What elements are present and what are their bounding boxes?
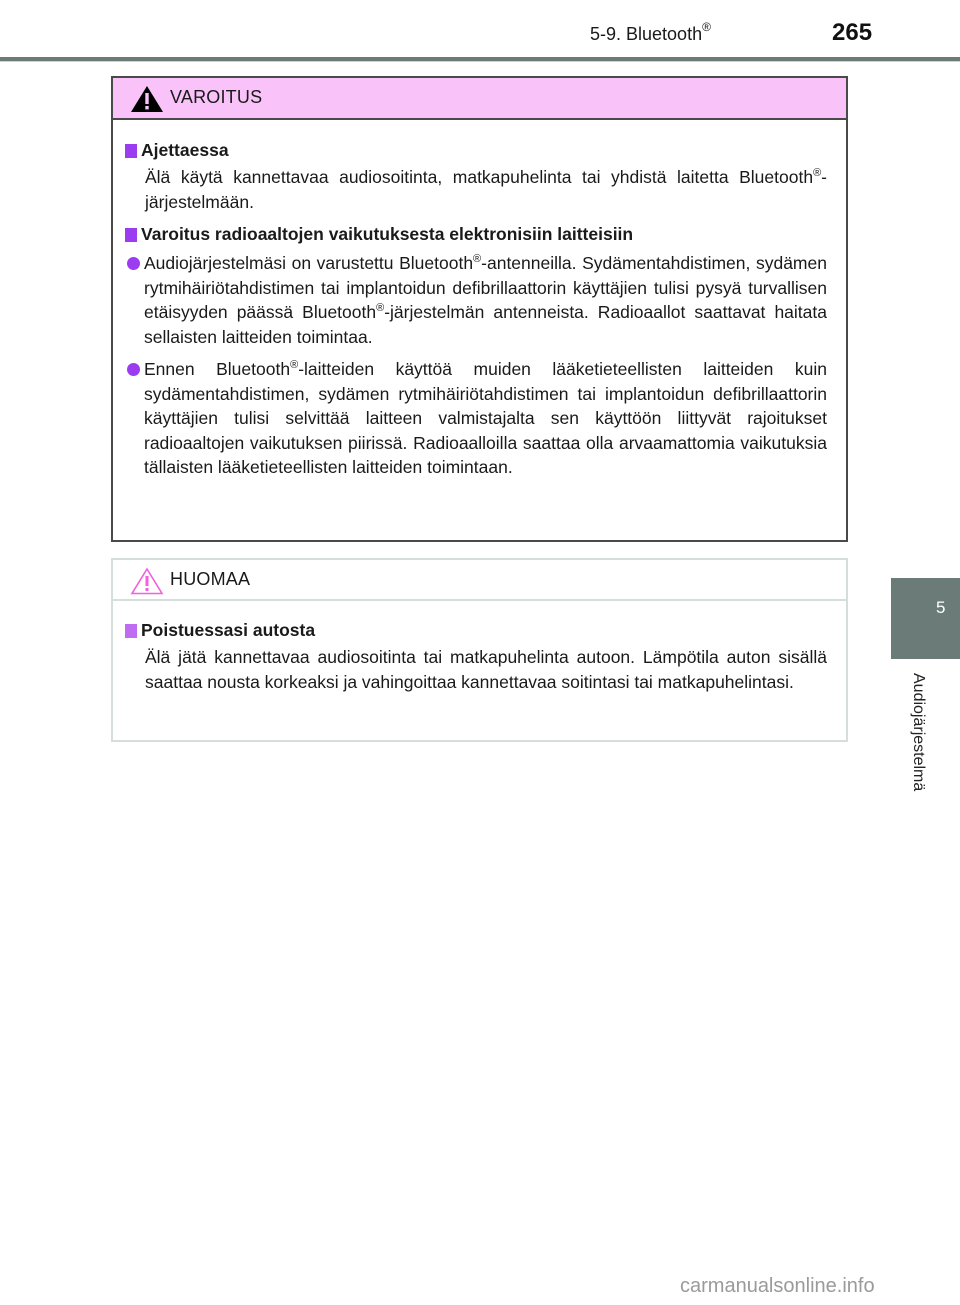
warning-title: VAROITUS bbox=[170, 87, 262, 108]
notice-title: HUOMAA bbox=[170, 569, 250, 590]
warning-subhead-driving: Ajettaessa bbox=[125, 138, 827, 163]
warning-filled-triangle-icon bbox=[130, 85, 164, 113]
bullet-text: Ennen Bluetooth®-laitteiden käyttöä muid… bbox=[144, 357, 827, 480]
bullet-text: Audiojärjestelmäsi on varustettu Bluetoo… bbox=[144, 251, 827, 349]
notice-header: HUOMAA bbox=[113, 560, 846, 601]
notice-box: HUOMAA Poistuessasi autosta Älä jätä kan… bbox=[111, 558, 848, 742]
square-bullet-icon bbox=[125, 624, 137, 638]
chapter-tab: 5 bbox=[891, 578, 960, 659]
warning-box: VAROITUS Ajettaessa Älä käytä kannettava… bbox=[111, 76, 848, 542]
text: Älä käytä kannettavaa audiosoitinta, mat… bbox=[145, 167, 813, 187]
circle-bullet-icon bbox=[127, 257, 140, 270]
square-bullet-icon bbox=[125, 144, 137, 158]
warning-bullet: Audiojärjestelmäsi on varustettu Bluetoo… bbox=[125, 251, 827, 349]
watermark: carmanualsonline.info bbox=[680, 1275, 875, 1298]
notice-subhead-leaving: Poistuessasi autosta bbox=[125, 618, 827, 643]
warning-bullet: Ennen Bluetooth®-laitteiden käyttöä muid… bbox=[125, 357, 827, 480]
registered-mark: ® bbox=[376, 302, 384, 314]
registered-mark: ® bbox=[813, 167, 821, 179]
square-bullet-icon bbox=[125, 228, 137, 242]
subhead-text: Ajettaessa bbox=[141, 138, 229, 163]
page-number: 265 bbox=[832, 19, 872, 47]
text: Audiojärjestelmäsi on varustettu Bluetoo… bbox=[144, 253, 473, 273]
registered-mark: ® bbox=[290, 359, 298, 371]
notice-content: Poistuessasi autosta Älä jätä kannettava… bbox=[113, 601, 846, 694]
warning-header: VAROITUS bbox=[113, 78, 846, 120]
registered-mark: ® bbox=[473, 253, 481, 265]
chapter-label: Audiojärjestelmä bbox=[897, 673, 927, 823]
section-title-text: 5-9. Bluetooth bbox=[590, 24, 702, 44]
notice-paragraph: Älä jätä kannettavaa audiosoitinta tai m… bbox=[125, 645, 827, 694]
subhead-text: Varoitus radioaaltojen vaikutuksesta ele… bbox=[141, 222, 633, 247]
warning-paragraph-driving: Älä käytä kannettavaa audiosoitinta, mat… bbox=[125, 165, 827, 214]
circle-bullet-icon bbox=[127, 363, 140, 376]
text: Ennen Bluetooth bbox=[144, 359, 290, 379]
section-title: 5-9. Bluetooth® bbox=[590, 22, 711, 45]
warning-content: Ajettaessa Älä käytä kannettavaa audioso… bbox=[113, 120, 846, 480]
warning-outline-triangle-icon bbox=[130, 567, 164, 595]
registered-mark: ® bbox=[702, 20, 711, 34]
header-rule bbox=[0, 57, 960, 62]
subhead-text: Poistuessasi autosta bbox=[141, 618, 315, 643]
warning-subhead-radio: Varoitus radioaaltojen vaikutuksesta ele… bbox=[125, 222, 827, 247]
chapter-number: 5 bbox=[936, 598, 945, 618]
